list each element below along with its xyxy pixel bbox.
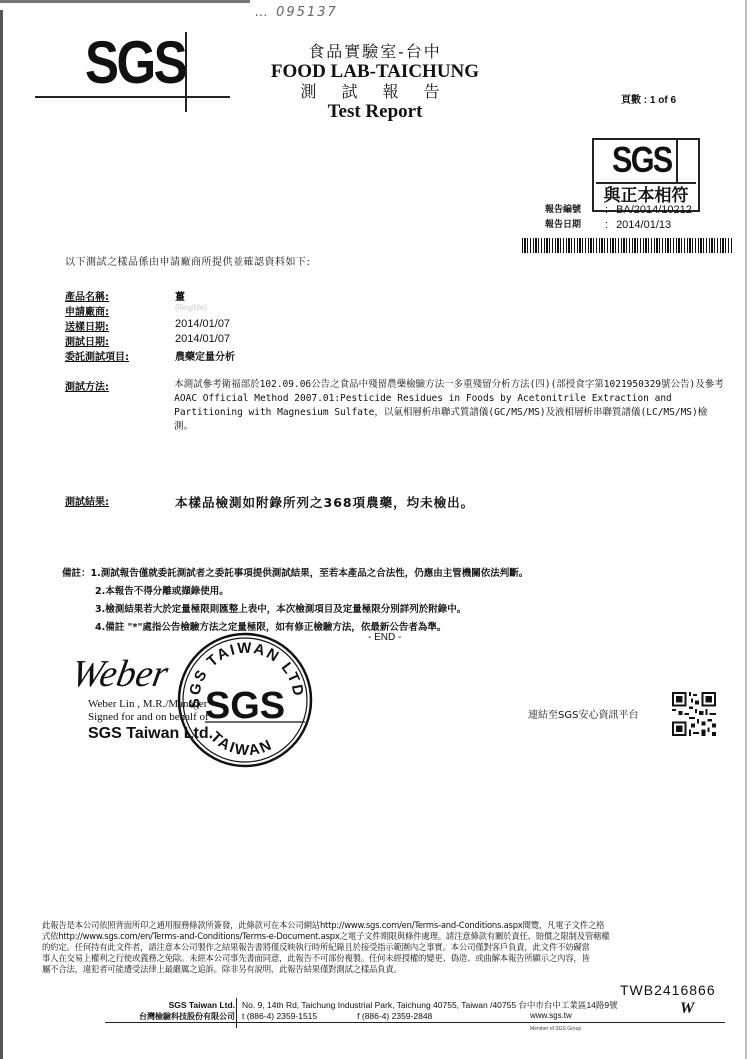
- sample-info: 產品名稱: 薑 申請廠商: (illegible) 送樣日期: 2014/01/…: [65, 288, 705, 363]
- company-name-zh: 台灣檢驗科技股份有限公司: [105, 1011, 235, 1022]
- sgs-logo-text: SGS: [85, 32, 185, 94]
- qr-code-icon[interactable]: [672, 692, 716, 736]
- terms-link[interactable]: http://www.sgs.com/en/Terms-and-Conditio…: [320, 920, 523, 930]
- svg-text:TAIWAN: TAIWAN: [207, 729, 276, 760]
- test-method: 測試方法: 本測試參考衛福部於102.09.06公告之食品中殘留農藥檢驗方法一多…: [65, 378, 725, 434]
- field-test-item: 委託測試項目: 農藥定量分析: [65, 348, 705, 363]
- report-title-zh: 測 試 報 告: [250, 82, 500, 102]
- intro-text: 以下測試之樣品係由申請廠商所提供並確認資料如下:: [65, 253, 310, 268]
- report-number: BA/2014/10212: [616, 203, 692, 218]
- remark-item: 1.測試報告僅就委託測試者之委託事項提供測試結果，至若本產品之合法性，仍應由主管…: [91, 565, 529, 583]
- disclaimer-text: 閱覽，凡電子文件之格: [523, 920, 605, 930]
- field-label: 送樣日期:: [65, 318, 175, 333]
- stamp-rule: [676, 140, 678, 184]
- result-label: 測試結果:: [65, 493, 175, 511]
- scan-edge-right: [745, 0, 747, 1059]
- stamp-logo: SGS: [612, 140, 672, 180]
- logo-rule-vertical: [185, 32, 187, 112]
- disclaimer-text: 屬不合法，違犯者可能遭受法律上最嚴厲之追訴。除非另有說明，此報告結果僅對測試之樣…: [42, 964, 722, 975]
- disclaimer-text: 事人在交易上權利之行使或義務之免除。未經本公司事先書面同意，此報告不可部份複製。…: [42, 953, 722, 964]
- signed-for: Signed for and on behalf of: [88, 711, 213, 724]
- sgs-logo: SGS: [85, 32, 203, 94]
- test-result: 測試結果: 本樣品檢測如附錄所列之368項農藥，均未檢出。: [65, 493, 474, 511]
- report-date: 2014/01/13: [616, 218, 671, 233]
- page-number: 頁數 : 1 of 6: [621, 91, 676, 106]
- e-document-terms-link[interactable]: http://www.sgs.com/en/Terms-and-Conditio…: [58, 931, 339, 941]
- signer-company: SGS Taiwan Ltd.: [88, 724, 213, 744]
- field-label: 申請廠商:: [65, 303, 175, 318]
- lab-name-en: FOOD LAB-TAICHUNG: [250, 62, 500, 82]
- field-value: 2014/01/07: [175, 318, 230, 330]
- remark-item: 2.本報告不得分離或擷錄使用。: [62, 583, 528, 601]
- field-value: 農藥定量分析: [175, 348, 235, 363]
- qr-caption: 連結至SGS安心資訊平台: [528, 706, 638, 721]
- disclaimer-text: 此報告是本公司依照背面所印之通用服務條款所簽發，此條款可在本公司網站: [42, 920, 320, 930]
- remark-item: 3.檢測結果若大於定量極限則匯整上表中，本次檢測項目及定量極限分別詳列於附錄中。: [62, 601, 528, 619]
- field-test-date: 測試日期: 2014/01/07: [65, 333, 705, 348]
- field-product-name: 產品名稱: 薑: [65, 288, 705, 303]
- lab-name-zh: 食品實驗室-台中: [250, 42, 500, 62]
- member-of-group: Member of SGS Group: [530, 1026, 581, 1032]
- certified-copy-stamp: SGS 與正本相符: [592, 138, 700, 212]
- result-text: 本樣品檢測如附錄所列之368項農藥，均未檢出。: [175, 493, 474, 511]
- report-title-en: Test Report: [250, 102, 500, 122]
- method-label: 測試方法:: [65, 378, 174, 434]
- website[interactable]: www.sgs.tw: [530, 1011, 572, 1020]
- footer-mark: W: [680, 1000, 694, 1018]
- page-value: 1 of 6: [650, 95, 676, 106]
- document-code: TWB2416866: [620, 982, 716, 998]
- fax: f (886-4) 2359-2848: [357, 1011, 432, 1022]
- company-name-en: SGS Taiwan Ltd.: [105, 1000, 235, 1011]
- telephone: t (886-4) 2359-1515: [242, 1011, 317, 1022]
- barcode: [522, 238, 732, 253]
- legal-disclaimer: 此報告是本公司依照背面所印之通用服務條款所簽發，此條款可在本公司網站http:/…: [42, 920, 722, 975]
- remarks: 備註：1.測試報告僅就委託測試者之委託事項提供測試結果，至若本產品之合法性，仍應…: [62, 565, 528, 637]
- seal-bottom-text: TAIWAN: [207, 729, 276, 760]
- footer-company: SGS Taiwan Ltd. 台灣檢驗科技股份有限公司: [105, 1000, 235, 1022]
- field-value: 薑: [175, 288, 185, 303]
- disclaimer-text: 之電子文件期限與條件處理。請注意條款有關於責任、賠償之限制及管轄權: [340, 931, 610, 941]
- field-value: (illegible): [175, 303, 207, 312]
- report-meta: 報告編號:BA/2014/10212 報告日期:2014/01/13: [545, 203, 692, 233]
- report-number-label: 報告編號: [545, 203, 597, 218]
- disclaimer-text: 式依: [42, 931, 58, 941]
- scan-edge-top: [0, 0, 250, 3]
- field-label: 測試日期:: [65, 333, 175, 348]
- report-header: 食品實驗室-台中 FOOD LAB-TAICHUNG 測 試 報 告 Test …: [250, 42, 500, 122]
- field-sample-received: 送樣日期: 2014/01/07: [65, 318, 705, 333]
- report-date-label: 報告日期: [545, 218, 597, 233]
- field-label: 委託測試項目:: [65, 348, 175, 363]
- scan-edge-left: [0, 10, 3, 1059]
- signer-name: Weber Lin , M.R./Manager: [88, 698, 213, 711]
- remarks-prefix: 備註：: [62, 565, 91, 583]
- field-value: 2014/01/07: [175, 333, 230, 345]
- disclaimer-text: 的約定。任何持有此文件者，請注意本公司製作之結果報告書將僅反映執行時所紀錄且於接…: [42, 942, 722, 953]
- signature-scribble: Weber: [68, 652, 171, 696]
- address: No. 9, 14th Rd, Taichung Industrial Park…: [242, 1000, 618, 1011]
- field-label: 產品名稱:: [65, 288, 175, 303]
- page-label: 頁數: [621, 95, 641, 106]
- end-marker: - END -: [368, 632, 401, 643]
- footer-rule: [105, 1022, 725, 1023]
- footer-divider: [236, 998, 237, 1028]
- method-text: 本測試參考衛福部於102.09.06公告之食品中殘留農藥檢驗方法一多重殘留分析方…: [174, 378, 725, 434]
- handwritten-note: … 095137: [255, 5, 338, 20]
- field-applicant: 申請廠商: (illegible): [65, 303, 705, 318]
- seal-center-text: SGS: [205, 685, 285, 727]
- signer-block: Weber Lin , M.R./Manager Signed for and …: [88, 698, 213, 744]
- logo-rule-horizontal: [35, 96, 230, 98]
